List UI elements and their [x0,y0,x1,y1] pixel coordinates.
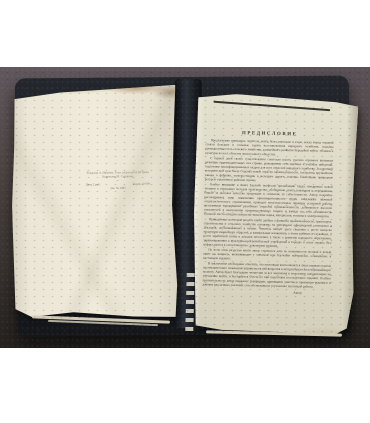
preface-paragraph: Особое внимание в книге уделено вопросам… [204,182,333,218]
preface-paragraph: Предлагаемая вниманию читателя книга был… [205,138,333,158]
preface-paragraph: В заключение необходимо отметить, что на… [202,261,331,289]
ink-rule-line [213,101,330,112]
left-page-paper: Редактор А. Иванова. Техн. редактор Н. П… [10,85,178,323]
imprint-price: Цена 2 руб. [86,183,101,187]
page-background: Редактор А. Иванова. Техн. редактор Н. П… [0,0,370,423]
author-signature: Автор [202,289,330,295]
preface-paragraph: Приведённые во втором разделе книги данн… [203,217,332,249]
imprint-block: Редактор А. Иванова. Техн. редактор Н. П… [86,170,150,190]
torn-paper-edge [185,273,195,331]
preface-paragraph: С первых дней своего существования совет… [205,156,334,184]
left-page: Редактор А. Иванова. Техн. редактор Н. П… [12,86,177,322]
book-photo: Редактор А. Иванова. Техн. редактор Н. П… [0,67,370,348]
preface-text-block: ПРЕДИСЛОВИЕ Предлагаемая вниманию читате… [202,130,333,296]
right-page-paper: ПРЕДИСЛОВИЕ Предлагаемая вниманию читате… [191,89,358,340]
right-page: ПРЕДИСЛОВИЕ Предлагаемая вниманию читате… [194,91,356,339]
preface-paragraph: По всем этим разделам книги автор стреми… [203,248,331,263]
preface-heading: ПРЕДИСЛОВИЕ [206,130,334,138]
imprint-print-run: Тираж 10 000 [133,182,150,186]
